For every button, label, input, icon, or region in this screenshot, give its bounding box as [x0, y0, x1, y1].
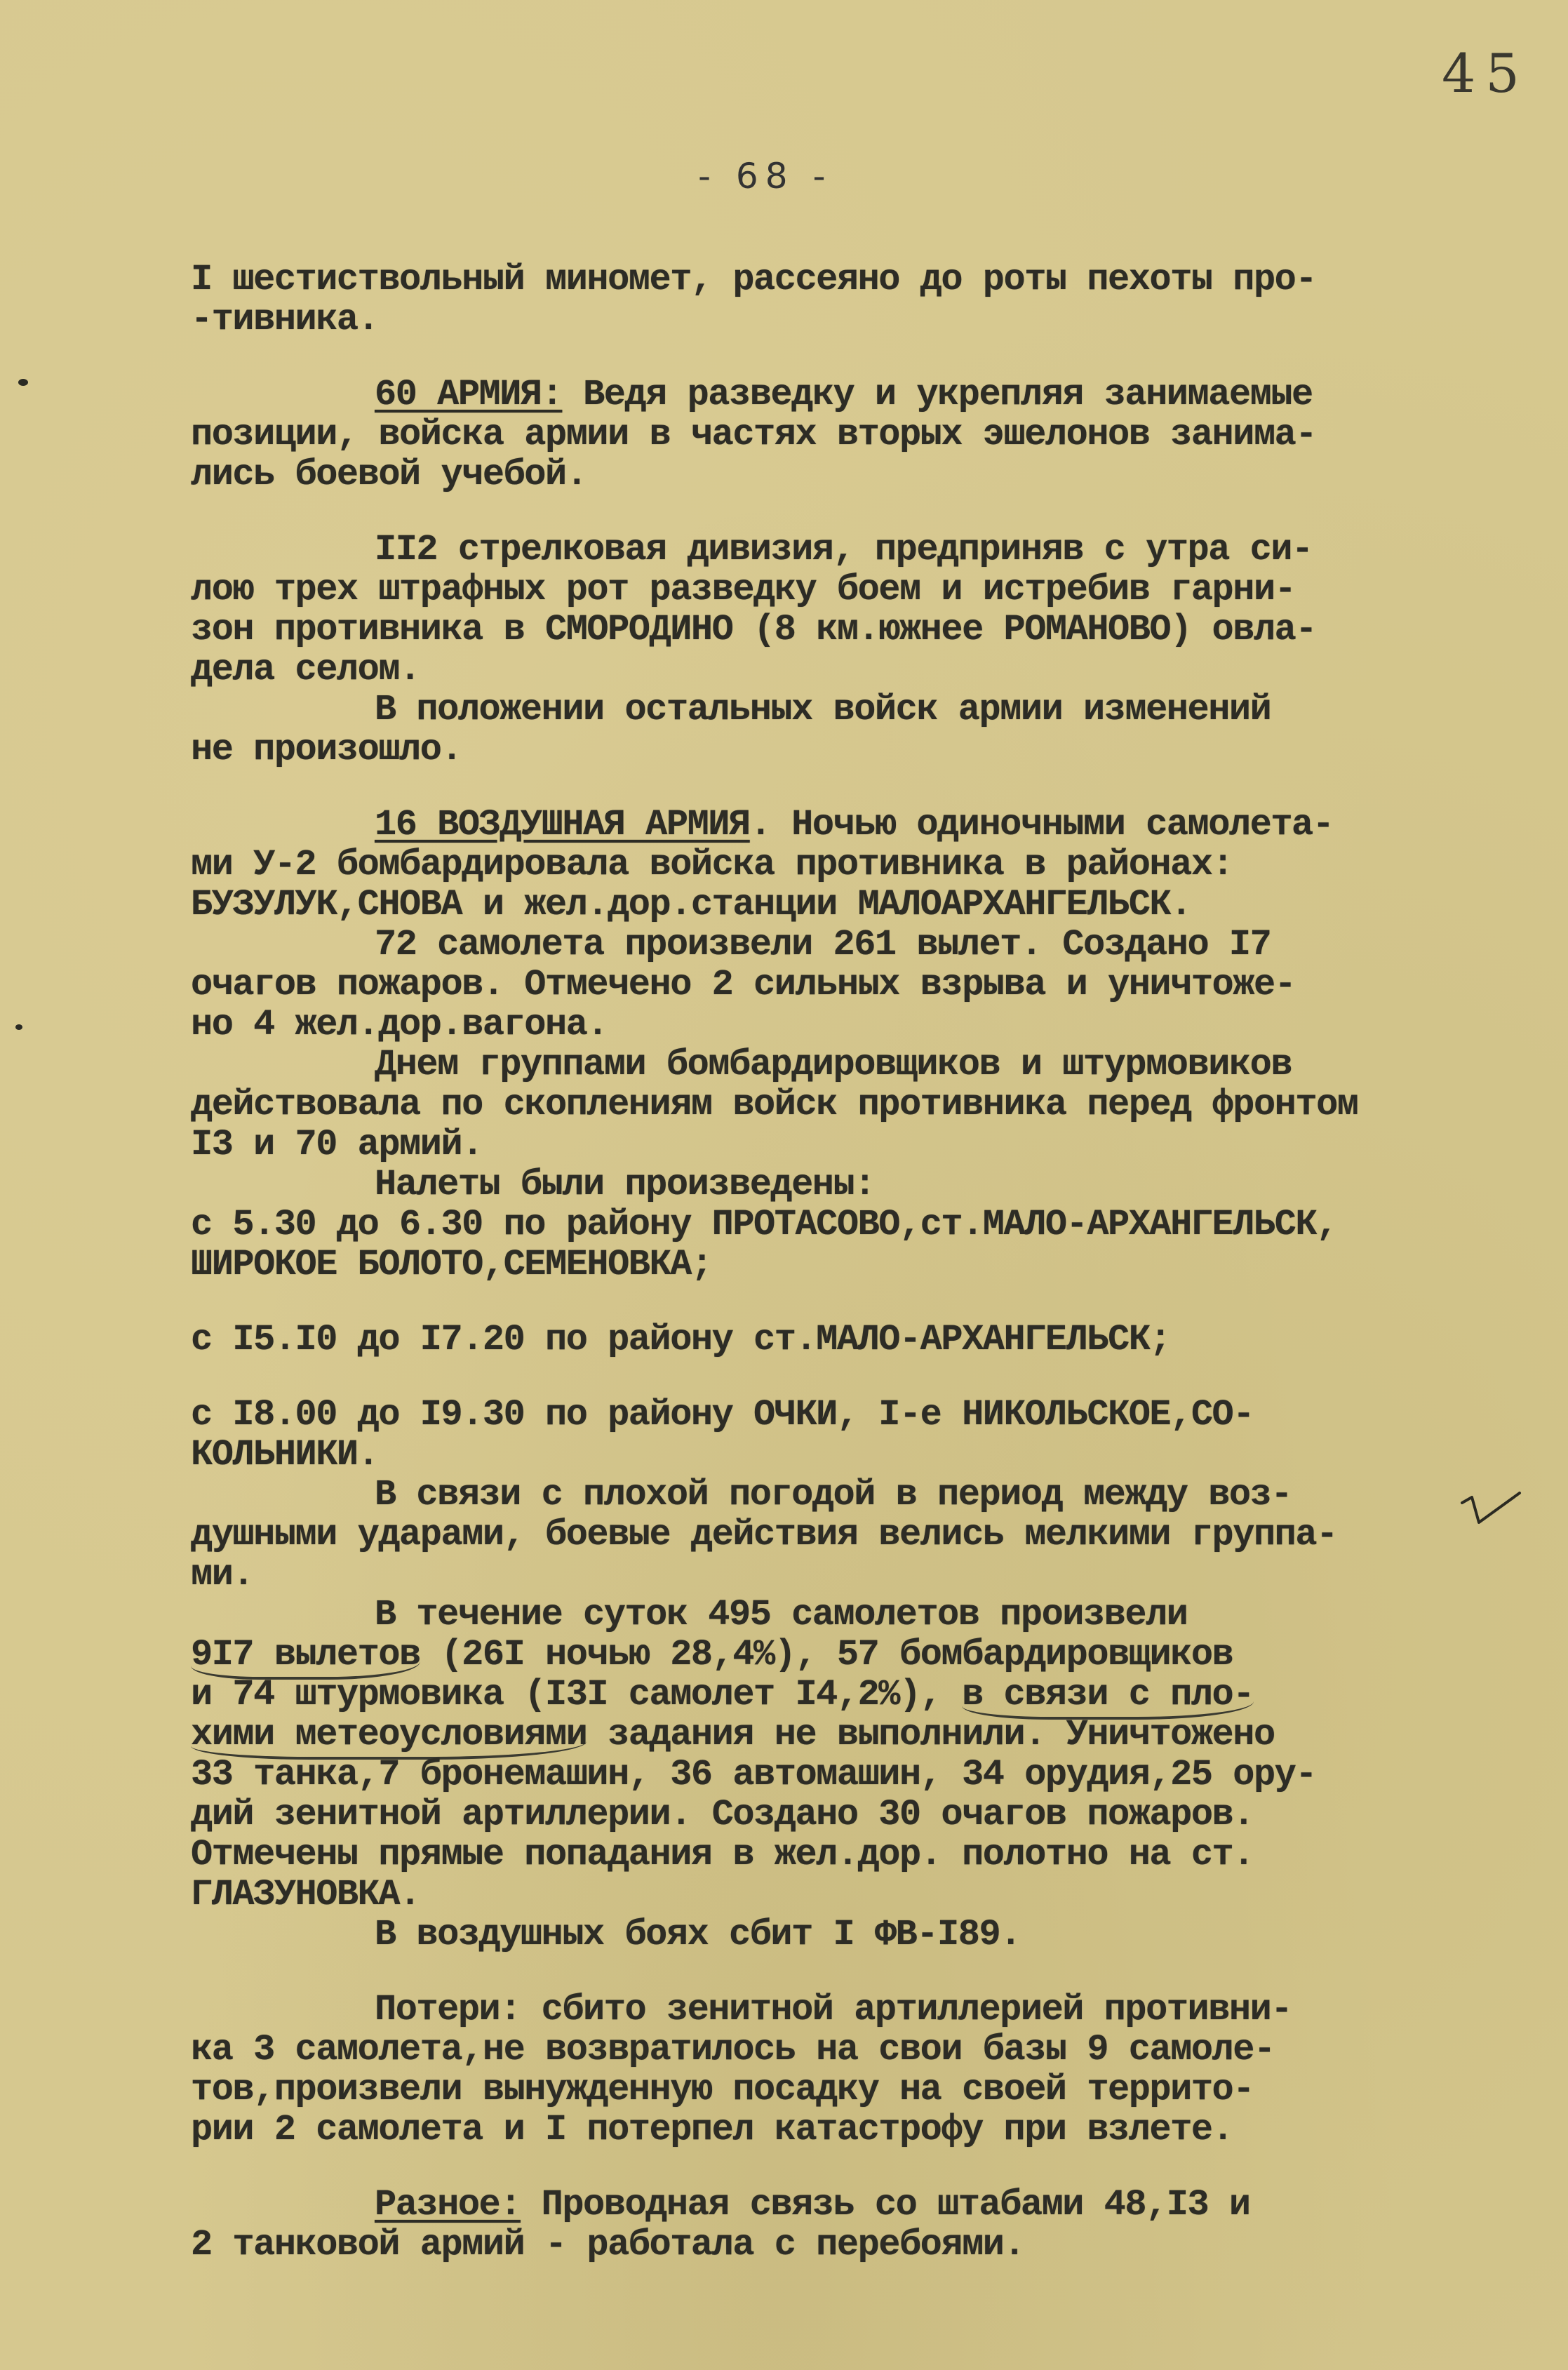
margin-mark: [18, 379, 28, 386]
paragraph-mortar: I шестиствольный миномет, рассеяно до ро…: [191, 260, 1510, 340]
text-line: действовала по скоплениям войск противни…: [191, 1085, 1510, 1125]
raid-line-15-10: с I5.I0 до I7.20 по району ст.МАЛО-АРХАН…: [191, 1320, 1510, 1360]
text-line: ми.: [191, 1555, 1510, 1595]
section-heading-16-air-army: 16 ВОЗДУШНАЯ АРМИЯ: [375, 804, 750, 845]
text-line: но 4 жел.дор.вагона.: [191, 1005, 1510, 1045]
text-line: рии 2 самолета и I потерпел катастрофу п…: [191, 2110, 1510, 2150]
text-line: 72 самолета произвели 261 вылет. Создано…: [191, 925, 1510, 965]
paragraph-miscellaneous: Разное: Проводная связь со штабами 48,I3…: [191, 2185, 1510, 2265]
paragraph-losses: Потери: сбито зенитной артиллерией проти…: [191, 1990, 1510, 2150]
handwritten-underline-sorties: 9I7 вылетов: [191, 1634, 420, 1680]
air-combat-line: В воздушных боях сбит I ФВ-I89.: [191, 1915, 1510, 1955]
paragraph-daily-totals: В течение суток 495 самолетов произвели …: [191, 1595, 1510, 1915]
text-line: I шестиствольный миномет, рассеяно до ро…: [191, 260, 1510, 300]
paragraph-night-sorties: 72 самолета произвели 261 вылет. Создано…: [191, 925, 1510, 1045]
text-line: Налеты были произведены:: [191, 1165, 1510, 1205]
text-line: Ведя разведку и укрепляя занимаемые: [562, 374, 1312, 415]
text-line: 33 танка,7 бронемашин, 36 автомашин, 34 …: [191, 1755, 1510, 1795]
paragraph-no-changes: В положении остальных войск армии измене…: [191, 690, 1510, 770]
text-line: дела селом.: [191, 650, 1510, 690]
paragraph-112-division: II2 стрелковая дивизия, предприняв с утр…: [191, 530, 1510, 690]
paragraph-bad-weather: В связи с плохой погодой в период между …: [191, 1475, 1510, 1595]
text-line: очагов пожаров. Отмечено 2 сильных взрыв…: [191, 965, 1510, 1005]
paragraph-day-groups: Днем группами бомбардировщиков и штурмов…: [191, 1045, 1510, 1165]
text-line: -тивника.: [191, 300, 1510, 340]
text-line: ми У-2 бомбардировала войска противника …: [191, 845, 1510, 885]
handwritten-underline-weather-cont: хими метеоусловиями: [191, 1714, 587, 1760]
text-line: душными ударами, боевые действия велись …: [191, 1515, 1510, 1555]
paragraph-16-air-army: 16 ВОЗДУШНАЯ АРМИЯ. Ночью одиночными сам…: [191, 805, 1510, 925]
text-line: II2 стрелковая дивизия, предприняв с утр…: [191, 530, 1510, 570]
text-line: Отмечены прямые попадания в жел.дор. пол…: [191, 1835, 1510, 1875]
text-line: лою трех штрафных рот разведку боем и ис…: [191, 570, 1510, 610]
text-line: 2 танковой армий - работала с перебоями.: [191, 2225, 1510, 2265]
text-line: ШИРОКОЕ БОЛОТО,СЕМЕНОВКА;: [191, 1245, 1510, 1285]
text-line: ка 3 самолета,не возвратилось на свои ба…: [191, 2030, 1510, 2070]
paragraph-60-army: 60 АРМИЯ: Ведя разведку и укрепляя заним…: [191, 375, 1510, 495]
text-line: Потери: сбито зенитной артиллерией проти…: [191, 1990, 1510, 2030]
page-number: - 68 -: [698, 156, 833, 196]
text-line: задания не выполнили. Уничтожено: [587, 1714, 1274, 1755]
text-line: БУЗУЛУК,СНОВА и жел.дор.станции МАЛОАРХА…: [191, 885, 1510, 925]
margin-mark: [15, 1024, 22, 1030]
text-line: Проводная связь со штабами 48,I3 и: [521, 2184, 1250, 2225]
text-line: В связи с плохой погодой в период между …: [191, 1475, 1510, 1515]
text-line: дий зенитной артиллерии. Создано 30 очаг…: [191, 1795, 1510, 1835]
text-line: лись боевой учебой.: [191, 455, 1510, 495]
document-body: I шестиствольный миномет, рассеяно до ро…: [191, 260, 1510, 2265]
text-line: с I8.00 до I9.30 по району ОЧКИ, I-е НИК…: [191, 1395, 1510, 1435]
text-line: зон противника в СМОРОДИНО (8 км.южнее Р…: [191, 610, 1510, 650]
text-line: ГЛАЗУНОВКА.: [191, 1875, 1510, 1915]
text-line: . Ночью одиночными самолета-: [750, 804, 1334, 845]
text-line: позиции, войска армии в частях вторых эш…: [191, 415, 1510, 455]
text-line: КОЛЬНИКИ.: [191, 1435, 1510, 1475]
text-line: не произошло.: [191, 730, 1510, 770]
section-heading-60-army: 60 АРМИЯ:: [375, 374, 562, 415]
text-line: тов,произвели вынужденную посадку на сво…: [191, 2070, 1510, 2110]
paragraph-raid-18-00: с I8.00 до I9.30 по району ОЧКИ, I-е НИК…: [191, 1395, 1510, 1475]
archive-page-number: 45: [1442, 42, 1529, 105]
text-line: и 74 штурмовика (I3I самолет I4,2%),: [191, 1674, 962, 1715]
text-line: Днем группами бомбардировщиков и штурмов…: [191, 1045, 1510, 1085]
paragraph-raids: Налеты были произведены: с 5.30 до 6.30 …: [191, 1165, 1510, 1285]
text-line: с 5.30 до 6.30 по району ПРОТАСОВО,ст.МА…: [191, 1205, 1510, 1245]
text-line: I3 и 70 армий.: [191, 1125, 1510, 1165]
text-line: В положении остальных войск армии измене…: [191, 690, 1510, 730]
text-line: (26I ночью 28,4%), 57 бомбардировщиков: [420, 1634, 1233, 1675]
handwritten-underline-weather: в связи с пло-: [962, 1674, 1254, 1720]
text-line: В течение суток 495 самолетов произвели: [191, 1595, 1510, 1635]
section-heading-misc: Разное:: [375, 2184, 521, 2225]
